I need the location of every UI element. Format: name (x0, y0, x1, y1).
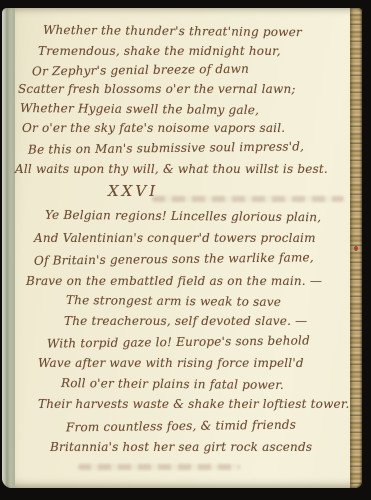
poem-line: Scatter fresh blossoms o'er the vernal l… (18, 83, 296, 96)
poem-line: Britannia's host her sea girt rock ascen… (50, 441, 312, 454)
poem-line: Of Britain's generous sons the warlike f… (34, 251, 314, 267)
poem-line: With torpid gaze lo! Europe's sons behol… (47, 334, 310, 350)
poem-line: Ye Belgian regions! Lincelles glorious p… (45, 209, 321, 224)
poem-line: Be this on Man's submissive soul impress… (28, 140, 304, 156)
poem-line: Their harvests waste & shake their lofti… (38, 398, 349, 411)
manuscript-page: Whether the thunder's threat'ning power … (2, 8, 362, 488)
poem-line: Whether the thunder's threat'ning power (43, 24, 302, 39)
poem-line: Or o'er the sky fate's noisome vapors sa… (22, 122, 285, 135)
poem-line: All waits upon thy will, & what thou wil… (15, 163, 328, 176)
poem-line: Wave after wave with rising force impell… (38, 357, 304, 370)
show-through-text (78, 464, 240, 470)
section-number-heading: XXVI (108, 182, 158, 200)
poem-line: Or Zephyr's genial breeze of dawn (32, 63, 249, 79)
poem-line: From countless foes, & timid friends (66, 419, 296, 435)
poem-line: Brave on the embattled field as on the m… (26, 275, 322, 288)
poem-line: And Valentinian's conquer'd towers procl… (34, 232, 316, 245)
poem-line: Tremendous, shake the midnight hour, (38, 45, 281, 58)
poem-line: The strongest arm is weak to save (66, 294, 281, 309)
poem-line: The treacherous, self devoted slave. — (64, 315, 307, 328)
spine-edge (2, 8, 15, 488)
show-through-text (152, 196, 344, 202)
fore-edge-speck (354, 246, 358, 251)
book-photograph: Whether the thunder's threat'ning power … (0, 0, 371, 500)
page-fore-edge (350, 8, 362, 488)
poem-line: Roll o'er their plains in fatal power. (61, 377, 284, 392)
poem-line: Whether Hygeia swell the balmy gale, (20, 102, 259, 117)
